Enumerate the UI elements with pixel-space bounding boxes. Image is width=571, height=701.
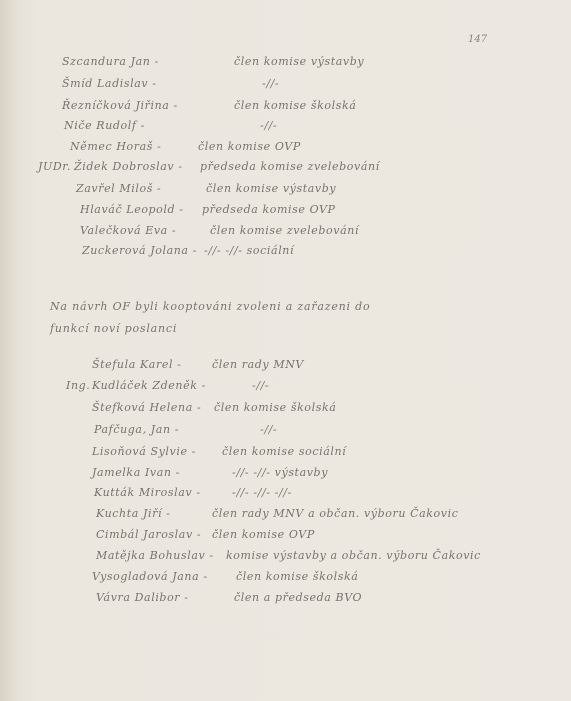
entry-role: člen komise OVP xyxy=(198,140,301,153)
entry-role: člen rady MNV xyxy=(212,358,304,371)
list-entry: Vysogladová Jana -člen komise školská xyxy=(92,570,208,583)
handwritten-page: 147 Szcandura Jan -člen komise výstavby … xyxy=(0,0,571,701)
entry-name: Kudláček Zdeněk - xyxy=(92,379,206,392)
list-entry: Řezníčková Jiřina -člen komise školská xyxy=(62,99,178,112)
entry-name: Pafčuga, Jan - xyxy=(94,423,179,436)
entry-name: Valečková Eva - xyxy=(80,224,176,237)
entry-name: Židek Dobroslav - xyxy=(74,160,183,173)
entry-name: Vysogladová Jana - xyxy=(92,570,208,583)
entry-name: Cimbál Jaroslav - xyxy=(96,528,201,541)
entry-name: Němec Horaš - xyxy=(70,140,161,153)
entry-name: Niče Rudolf - xyxy=(64,119,145,132)
entry-name: Szcandura Jan - xyxy=(62,55,159,68)
entry-role: člen komise školská xyxy=(234,99,356,112)
entry-name: Jamelka Ivan - xyxy=(92,466,180,479)
paragraph-line: funkcí noví poslanci xyxy=(50,322,177,335)
entry-name: Zuckerová Jolana - xyxy=(82,244,197,257)
entry-role: člen komise výstavby xyxy=(234,55,364,68)
entry-name: Zavřel Miloš - xyxy=(76,182,161,195)
list-entry: Šmíd Ladislav --//- xyxy=(62,77,157,90)
entry-role: člen a předseda BVO xyxy=(234,591,362,604)
list-entry: Cimbál Jaroslav -člen komise OVP xyxy=(96,528,201,541)
paragraph-line: Na návrh OF byli kooptováni zvoleni a za… xyxy=(50,300,370,313)
list-entry: JUDr.Židek Dobroslav -předseda komise zv… xyxy=(74,160,183,173)
entry-role: -//- -//- sociální xyxy=(204,244,294,257)
list-entry: Jamelka Ivan --//- -//- výstavby xyxy=(92,466,180,479)
list-entry: Štefula Karel -člen rady MNV xyxy=(92,358,181,371)
entry-role: člen komise sociální xyxy=(222,445,346,458)
entry-role: -//- -//- -//- xyxy=(232,486,292,499)
entry-role: -//- xyxy=(252,379,269,392)
list-entry: Zuckerová Jolana --//- -//- sociální xyxy=(82,244,197,257)
list-entry: Vávra Dalibor -člen a předseda BVO xyxy=(96,591,189,604)
entry-name: Řezníčková Jiřina - xyxy=(62,99,178,112)
entry-role: člen komise OVP xyxy=(212,528,315,541)
entry-name: Kutták Miroslav - xyxy=(94,486,201,499)
list-entry: Štefková Helena -člen komise školská xyxy=(92,401,201,414)
entry-role: předseda komise OVP xyxy=(202,203,336,216)
entry-role: člen rady MNV a občan. výboru Čakovic xyxy=(212,507,458,520)
page-number: 147 xyxy=(468,34,487,45)
list-entry: Matějka Bohuslav -komise výstavby a obča… xyxy=(96,549,214,562)
entry-title: JUDr. xyxy=(38,160,71,173)
entry-role: člen komise školská xyxy=(236,570,358,583)
list-entry: Szcandura Jan -člen komise výstavby xyxy=(62,55,159,68)
list-entry: Kutták Miroslav --//- -//- -//- xyxy=(94,486,201,499)
entry-role: -//- -//- výstavby xyxy=(232,466,328,479)
list-entry: Zavřel Miloš -člen komise výstavby xyxy=(76,182,161,195)
entry-role: -//- xyxy=(262,77,279,90)
entry-title: Ing. xyxy=(66,379,90,392)
list-entry: Pafčuga, Jan --//- xyxy=(94,423,179,436)
entry-name: Kuchta Jiří - xyxy=(96,507,171,520)
entry-role: člen komise školská xyxy=(214,401,336,414)
entry-role: předseda komise zvelebování xyxy=(200,160,380,173)
entry-name: Matějka Bohuslav - xyxy=(96,549,214,562)
entry-name: Štefková Helena - xyxy=(92,401,201,414)
entry-role: -//- xyxy=(260,119,277,132)
entry-name: Hlaváč Leopold - xyxy=(80,203,184,216)
entry-name: Štefula Karel - xyxy=(92,358,181,371)
list-entry: Hlaváč Leopold -předseda komise OVP xyxy=(80,203,184,216)
entry-name: Vávra Dalibor - xyxy=(96,591,189,604)
entry-role: komise výstavby a občan. výboru Čakovic xyxy=(226,549,481,562)
list-entry: Valečková Eva -člen komise zvelebování xyxy=(80,224,176,237)
entry-role: člen komise výstavby xyxy=(206,182,336,195)
entry-name: Lisoňová Sylvie - xyxy=(92,445,196,458)
entry-role: člen komise zvelebování xyxy=(210,224,359,237)
list-entry: Lisoňová Sylvie -člen komise sociální xyxy=(92,445,196,458)
list-entry: Ing.Kudláček Zdeněk --//- xyxy=(92,379,206,392)
entry-role: -//- xyxy=(260,423,277,436)
list-entry: Kuchta Jiří -člen rady MNV a občan. výbo… xyxy=(96,507,171,520)
entry-name: Šmíd Ladislav - xyxy=(62,77,157,90)
list-entry: Němec Horaš -člen komise OVP xyxy=(70,140,161,153)
list-entry: Niče Rudolf --//- xyxy=(64,119,145,132)
